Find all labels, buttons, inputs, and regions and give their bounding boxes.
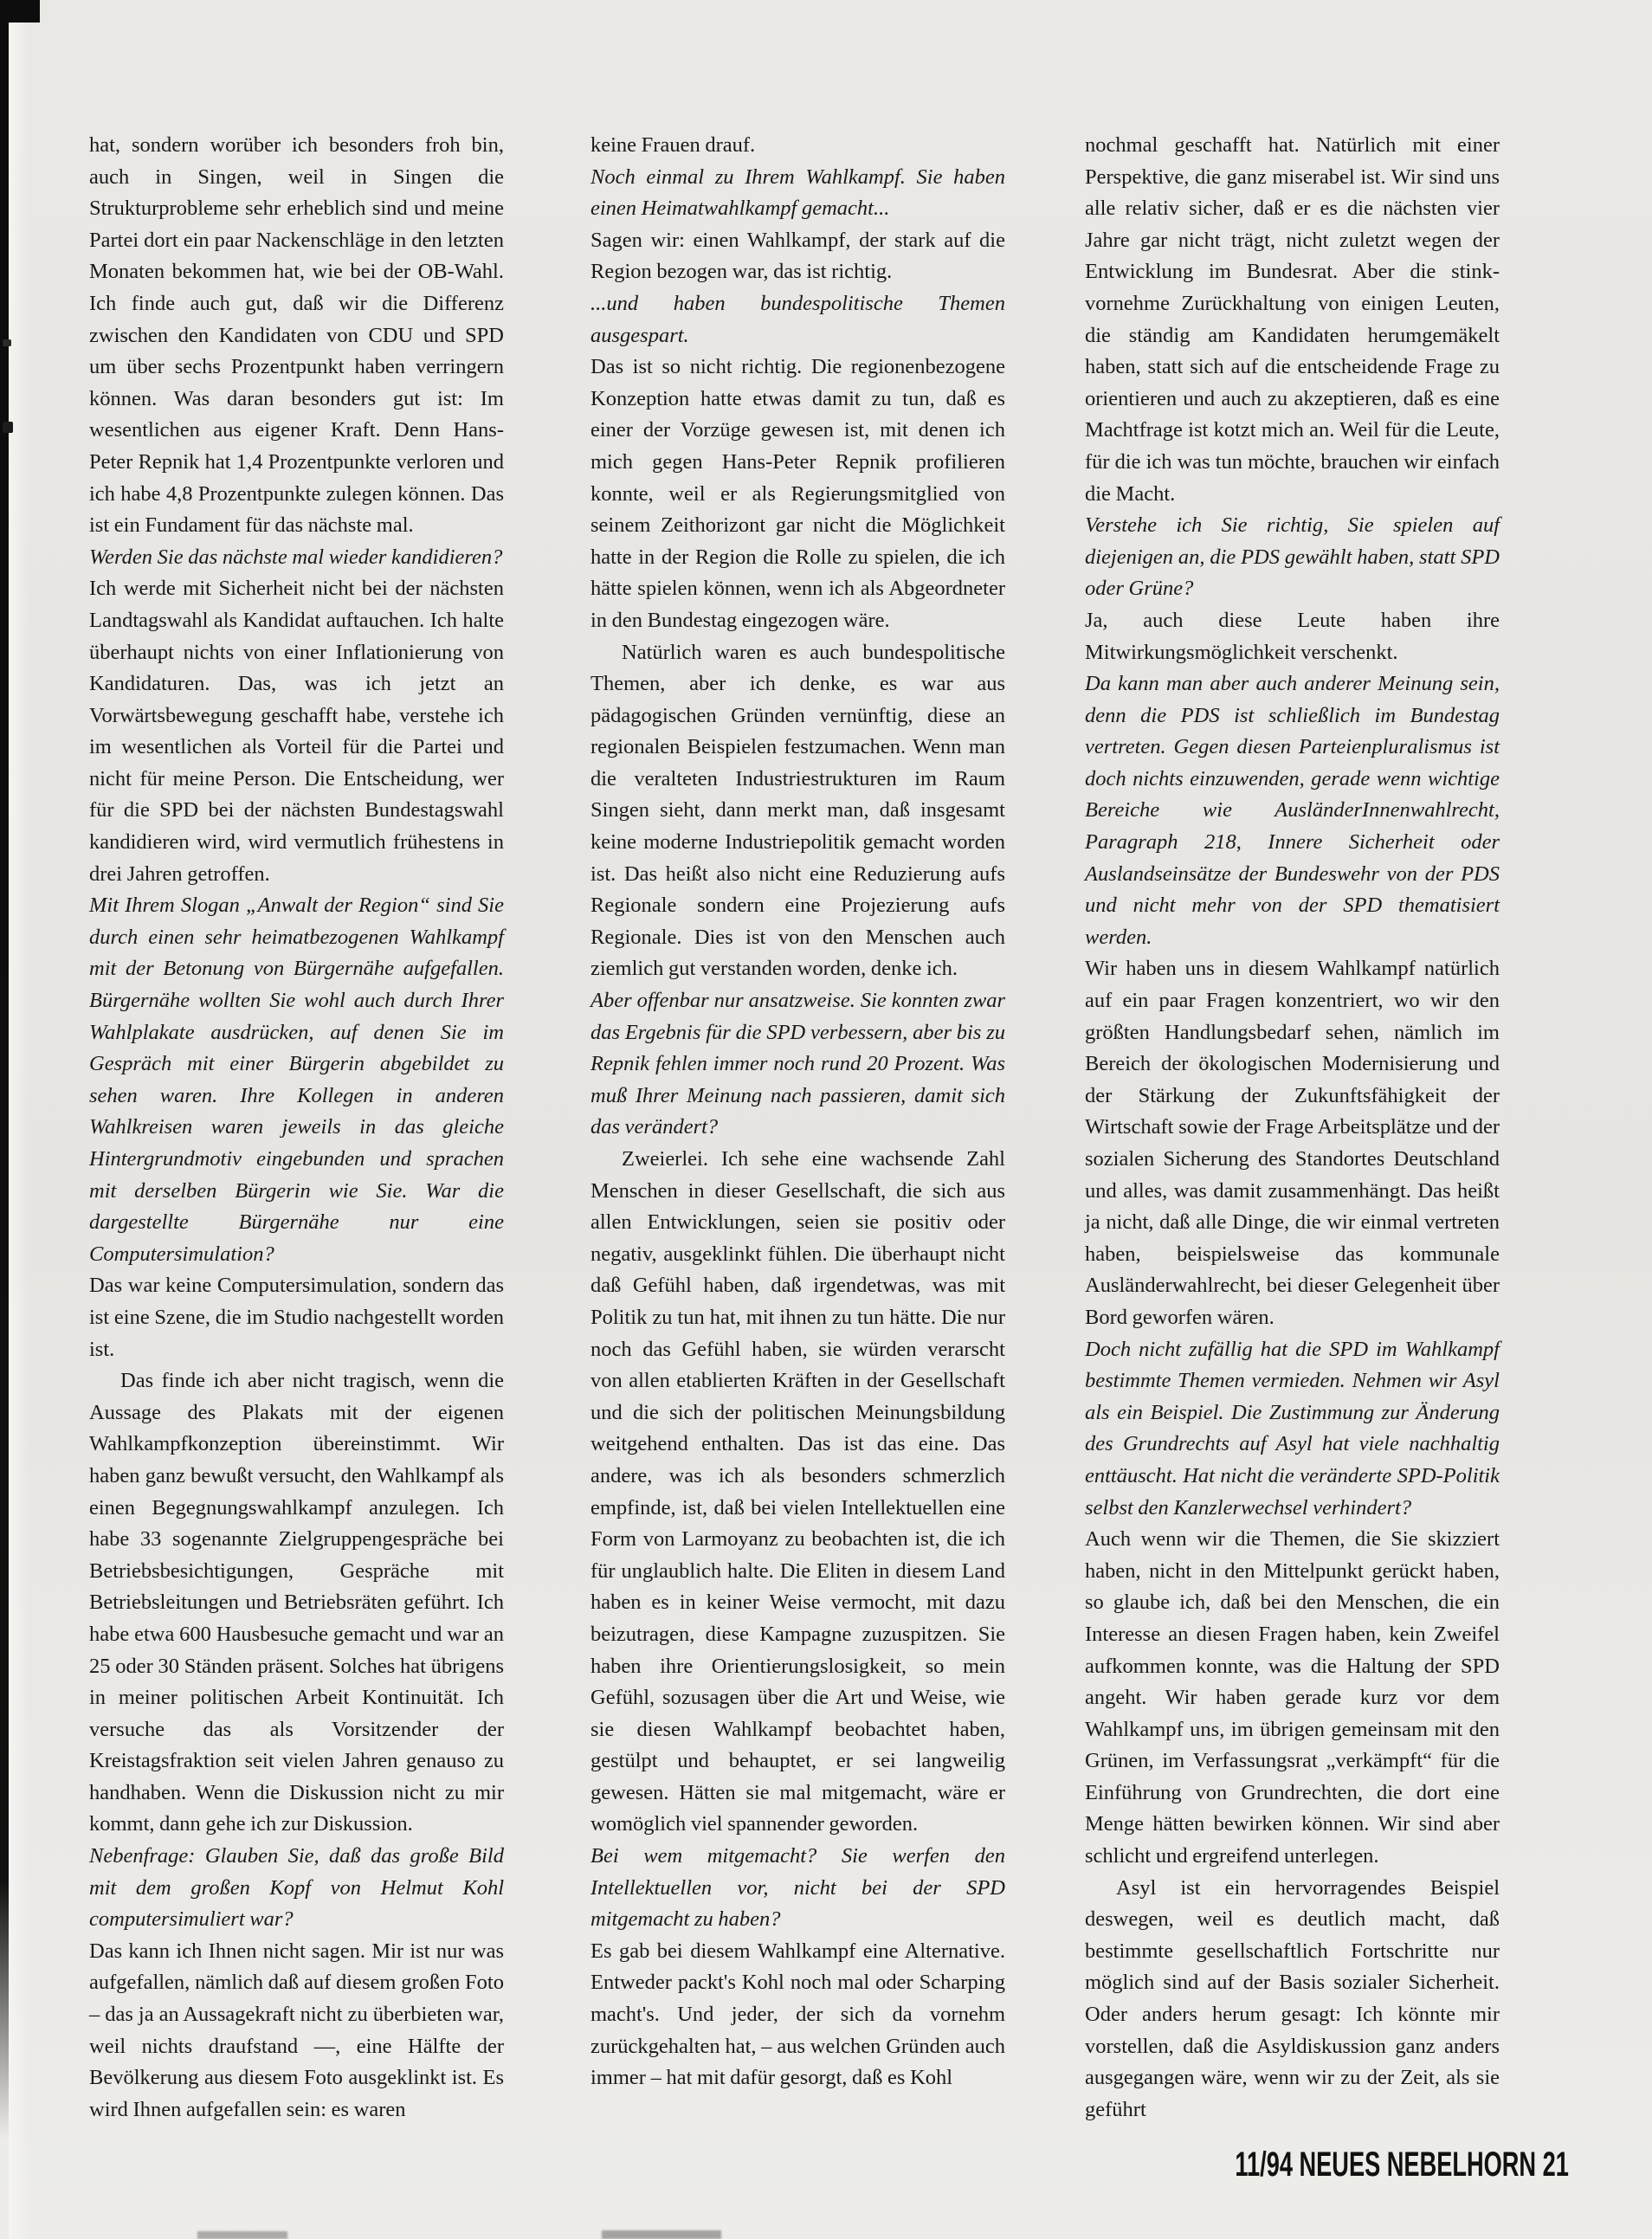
scan-edge-strip — [0, 0, 9, 2139]
scan-smudge — [197, 2231, 287, 2239]
interview-answer: Wir haben uns in diesem Wahlkampf natürl… — [1085, 953, 1500, 1333]
interview-question: Doch nicht zufällig hat die SPD im Wahlk… — [1085, 1334, 1500, 1525]
interview-question: Mit Ihrem Slogan „Anwalt der Region“ sin… — [89, 890, 504, 1270]
interview-question: Da kann man aber auch anderer Meinung se… — [1085, 668, 1500, 953]
interview-question: Noch einmal zu Ihrem Wahlkampf. Sie habe… — [590, 162, 1005, 225]
text-column-right: nochmal geschafft hat. Natürlich mit ein… — [1085, 130, 1500, 2126]
scan-corner-mark — [0, 0, 40, 23]
interview-question: Bei wem mitgemacht? Sie werfen den Intel… — [590, 1841, 1005, 1936]
interview-answer: Natürlich waren es auch bundespolitische… — [590, 637, 1005, 986]
scan-speck — [3, 422, 13, 433]
scan-speck — [3, 339, 11, 346]
scanned-magazine-page: { "page": { "language": "de", "colors": … — [0, 0, 1652, 2239]
interview-answer: Das ist so nicht richtig. Die regionenbe… — [590, 352, 1005, 636]
interview-answer: Auch wenn wir die Themen, die Sie skizzi… — [1085, 1524, 1500, 1873]
interview-question: Werden Sie das nächste mal wieder kandid… — [89, 542, 504, 574]
interview-answer: Sagen wir: einen Wahlkampf, der stark au… — [590, 225, 1005, 288]
interview-question: Aber offenbar nur ansatzweise. Sie konnt… — [590, 985, 1005, 1144]
interview-answer: Es gab bei diesem Wahlkampf eine Alterna… — [590, 1936, 1005, 2094]
scan-smudge — [602, 2230, 721, 2239]
interview-answer: Das kann ich Ihnen nicht sagen. Mir ist … — [89, 1936, 504, 2126]
scan-light-band — [9, 0, 29, 2239]
interview-answer: Das finde ich aber nicht tragisch, wenn … — [89, 1365, 504, 1841]
interview-answer: Zweierlei. Ich sehe eine wachsende Zahl … — [590, 1144, 1005, 1841]
interview-question: ...und haben bundespolitische Themen aus… — [590, 288, 1005, 352]
interview-answer: Ich werde mit Sicherheit nicht bei der n… — [89, 573, 504, 890]
interview-answer: Das war keine Computersimulation, sonder… — [89, 1270, 504, 1365]
interview-question: Verstehe ich Sie richtig, Sie spielen au… — [1085, 510, 1500, 605]
interview-answer: nochmal geschafft hat. Natürlich mit ein… — [1085, 130, 1500, 510]
interview-answer: Ja, auch diese Leute haben ihre Mitwirku… — [1085, 605, 1500, 668]
page-footer: 11/94 NEUES NEBELHORN 21 — [1236, 2147, 1569, 2182]
text-column-left: hat, sondern worüber ich besonders froh … — [89, 130, 504, 2126]
interview-question: Nebenfrage: Glauben Sie, daß das große B… — [89, 1841, 504, 1936]
text-column-middle: keine Frauen drauf.Noch einmal zu Ihrem … — [590, 130, 1005, 2094]
interview-answer: hat, sondern worüber ich besonders froh … — [89, 130, 504, 542]
interview-answer: keine Frauen drauf. — [590, 130, 1005, 162]
interview-answer: Asyl ist ein hervorragendes Beispiel des… — [1085, 1873, 1500, 2126]
